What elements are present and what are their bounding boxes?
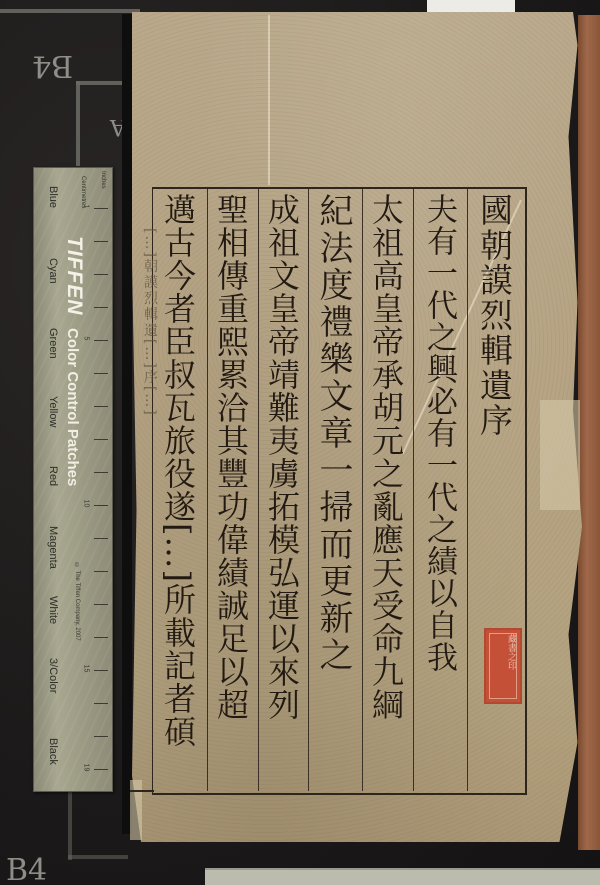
outer-frame-left-rule	[130, 790, 154, 792]
ruler-tick	[94, 703, 108, 704]
inches-label: Inches	[100, 171, 106, 189]
mat-gridline-top	[0, 9, 140, 13]
ruler-tick	[94, 439, 108, 440]
ruler-tick	[94, 274, 108, 275]
mat-gridline-inner-left	[76, 81, 80, 166]
patch-label-blue: Blue	[47, 186, 59, 208]
ruler-tick	[94, 538, 108, 539]
mat-marker-b4-bottom: B4	[6, 856, 47, 885]
red-collector-seal: 藏書之印	[484, 628, 522, 704]
ruler-tick	[94, 736, 108, 737]
book-spine-shadow	[122, 14, 132, 834]
ruler-tick	[94, 637, 108, 638]
copyright-text: © The Tiffen Company, 2007	[74, 563, 80, 641]
ruler-tick	[94, 340, 108, 341]
ruler-tick	[94, 373, 108, 374]
ruler-tick	[94, 604, 108, 605]
margin-bleed-through-text: […]朝謨烈輯遺[…]序[…]	[140, 228, 160, 417]
ruler-tick	[94, 472, 108, 473]
patch-label-green: Green	[47, 328, 59, 359]
ruler-tick	[94, 406, 108, 407]
column-divider	[413, 189, 414, 791]
ruler-tick	[94, 571, 108, 572]
column-divider	[467, 189, 468, 791]
patch-label-3color: 3/Color	[47, 658, 59, 693]
paper-repair-patch	[130, 780, 142, 840]
text-column-4: 紀法度禮樂文章一掃而更新之	[311, 193, 357, 674]
bottom-gray-tab	[205, 868, 600, 885]
tiffen-brand-logo: TIFFEN	[62, 236, 86, 316]
patch-label-white: White	[47, 596, 59, 624]
color-control-patches-title: Color Control Patches	[64, 328, 81, 486]
ruler-tick	[94, 670, 108, 671]
cm-tick-label: 5	[82, 337, 89, 341]
mat-gridline-lower-bottom	[68, 855, 128, 859]
patch-label-yellow: Yellow	[47, 396, 59, 427]
text-column-6: 聖相傳重熙累洽其豐功偉績誠足以超	[209, 193, 255, 721]
patch-label-cyan: Cyan	[47, 258, 59, 284]
patch-label-red: Red	[47, 466, 59, 486]
ruler-tick	[94, 241, 108, 242]
text-column-7: 邁古今者臣叔瓦旅役遂[…]所載記者碩	[156, 193, 202, 748]
book-cover-edge	[578, 15, 600, 850]
patch-label-magenta: Magenta	[47, 526, 59, 569]
mat-gridline-lower-left	[68, 790, 72, 860]
cm-tick-label: 15	[82, 665, 89, 673]
tiffen-color-control-strip: Blue Cyan Green Yellow Red Magenta White…	[33, 167, 113, 792]
paper-repair-patch	[540, 400, 580, 510]
mat-marker-b4-top: B4	[32, 50, 73, 80]
text-column-5: 成祖文皇帝靖難夷虜拓模弘運以來列	[260, 193, 306, 721]
cm-tick-label: 10	[82, 500, 89, 508]
text-column-1-title: 國朝謨烈輯遺序	[470, 193, 516, 438]
ruler-tick	[94, 208, 108, 209]
cm-tick-label: 1	[82, 205, 89, 209]
centimetres-label: Centimetres	[80, 176, 86, 208]
ruler-tick	[94, 769, 108, 770]
ruler-tick	[94, 505, 108, 506]
paper-fold-crease	[268, 15, 270, 185]
ruler-tick	[94, 307, 108, 308]
cm-tick-label: 19	[82, 764, 89, 772]
seal-text: 藏書之印	[489, 633, 517, 699]
text-column-3: 太祖高皇帝承胡元之亂應天受命九綱	[364, 193, 410, 721]
patch-label-black: Black	[47, 738, 59, 765]
text-column-2: 夫有一代之興必有一代之績以自我	[416, 193, 462, 673]
